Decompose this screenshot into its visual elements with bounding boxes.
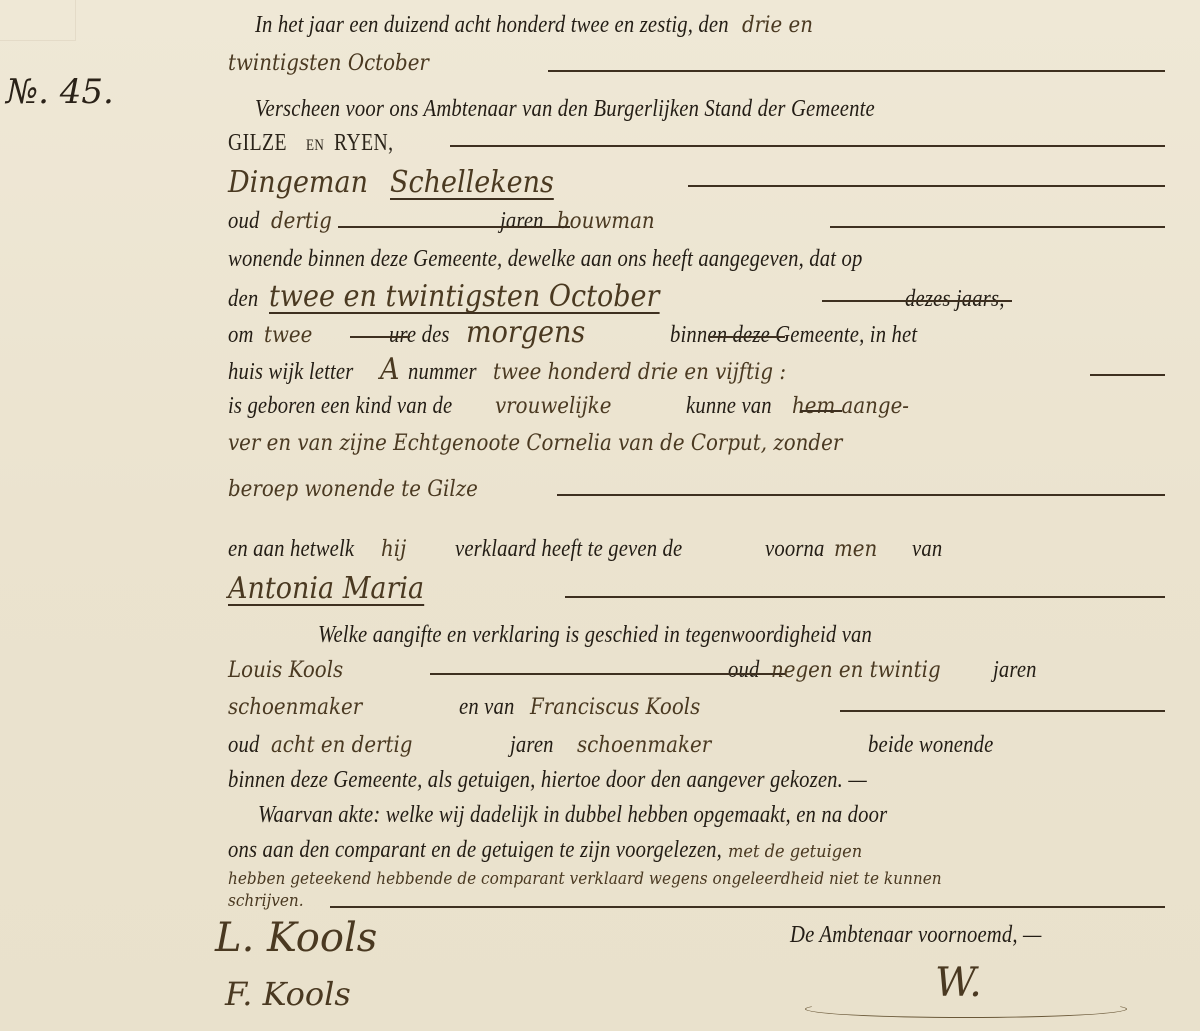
document-page: №. 45. In het jaar een duizend acht hond… xyxy=(0,0,1200,1031)
fill-line xyxy=(430,673,785,675)
line-witnesses-intro: Welke aangifte en verklaring is geschied… xyxy=(318,620,962,650)
line-date-2: twintigsten October xyxy=(228,48,451,79)
line-given-names: en aan hetwelk hij verklaard heeft te ge… xyxy=(228,534,948,565)
fill-line xyxy=(565,596,1165,598)
line-mother-residence: beroep wonende te Gilze xyxy=(228,474,506,505)
fill-line xyxy=(710,336,785,338)
line-birth-time: om twee ure des morgens binnen deze Geme… xyxy=(228,318,958,351)
line-signed: hebben geteekend hebbende de comparant v… xyxy=(228,862,1021,894)
fill-line xyxy=(350,336,410,338)
closing-official: De Ambtenaar voornoemd, — xyxy=(790,920,1083,950)
signature-witness-1: L. Kools xyxy=(215,915,377,961)
fill-line xyxy=(1090,374,1165,376)
fill-line xyxy=(338,226,570,228)
fill-line xyxy=(548,70,1165,72)
fill-line xyxy=(688,185,1165,187)
record-number: №. 45. xyxy=(6,72,114,112)
line-deed: Waarvan akte: welke wij dadelijk in dubb… xyxy=(258,800,990,830)
line-witness-2-age: oud acht en dertig jaren schoenmaker bei… xyxy=(228,730,1014,761)
fill-line xyxy=(830,226,1165,228)
fill-line xyxy=(557,494,1165,496)
line-witness-1: Louis Kools oud negen en twintig jaren xyxy=(228,655,1044,686)
line-write: schrijven. xyxy=(228,884,312,916)
fill-line xyxy=(450,145,1165,147)
signature-witness-2: F. Kools xyxy=(225,975,351,1013)
line-address: huis wijk letter A nummer twee honderd d… xyxy=(228,355,819,388)
fill-line xyxy=(822,300,1012,302)
line-birth-date: den twee en twintigsten October dezes ja… xyxy=(228,282,1021,314)
fill-line xyxy=(330,906,1165,908)
line-mother: ver en van zijne Echtgenoote Cornelia va… xyxy=(228,428,911,459)
fill-line xyxy=(840,710,1165,712)
line-declarant-age: oud dertig jaren bouwman xyxy=(228,206,665,237)
signature-flourish xyxy=(805,1000,1127,1018)
line-declarant-name: Dingeman Schellekens xyxy=(228,168,572,200)
line-child-name: Antonia Maria xyxy=(228,574,446,606)
line-witnesses-chosen: binnen deze Gemeente, als getuigen, hier… xyxy=(228,765,971,795)
line-residence: wonende binnen deze Gemeente, dewelke aa… xyxy=(228,244,966,274)
margin-stamp xyxy=(0,0,76,41)
line-appeared: Verscheen voor ons Ambtenaar van den Bur… xyxy=(255,94,976,124)
fill-line xyxy=(800,410,842,412)
line-municipality: GILZE EN RYEN, xyxy=(228,128,407,161)
line-witness-1-job: schoenmaker en van Franciscus Kools xyxy=(228,692,719,723)
line-date-1: In het jaar een duizend acht honderd twe… xyxy=(255,10,821,41)
line-child-sex: is geboren een kind van de vrouwelijke k… xyxy=(228,391,922,422)
